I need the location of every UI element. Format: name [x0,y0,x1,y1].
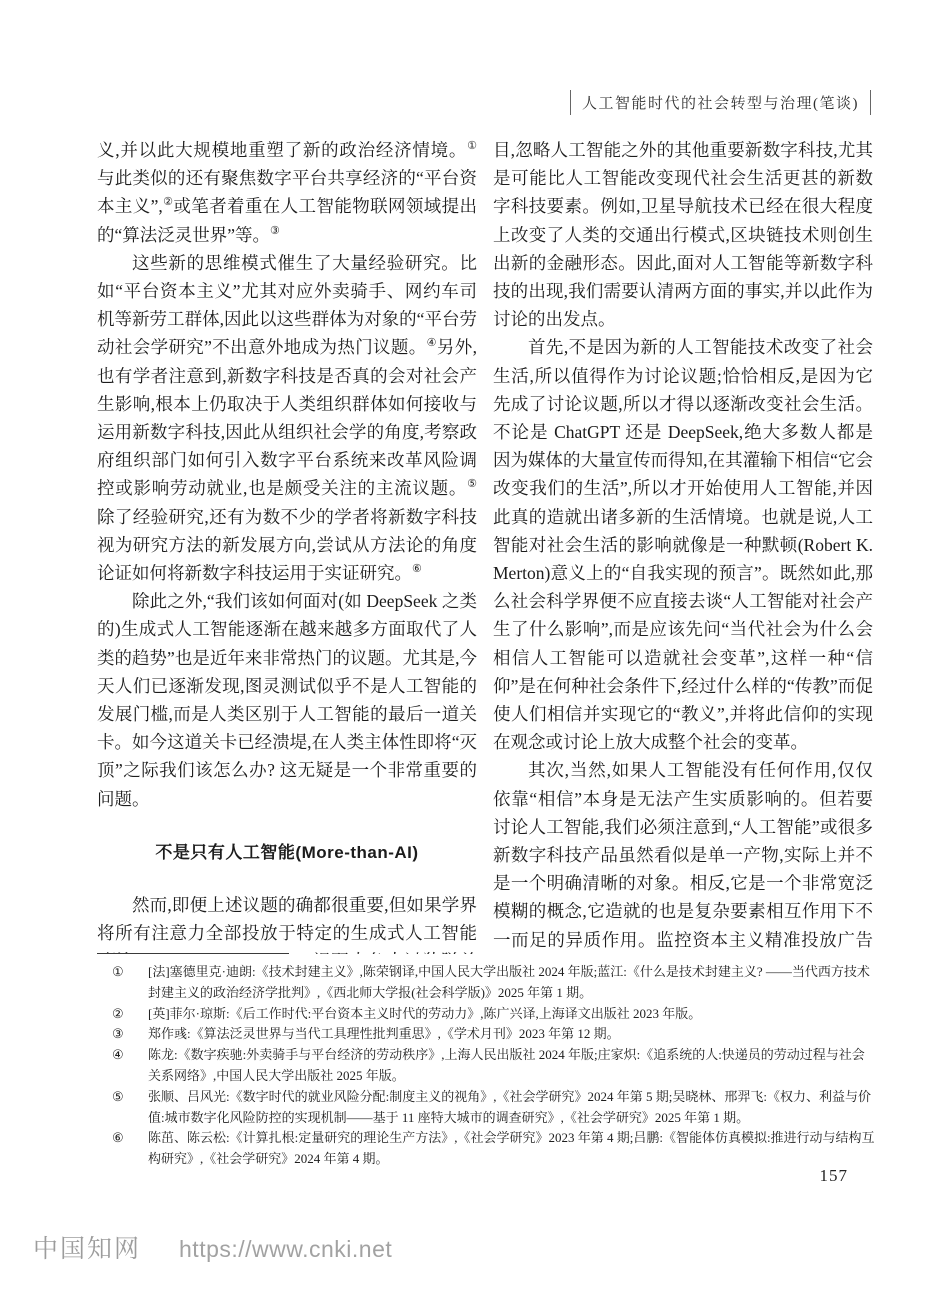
footnote-number: ④ [112,1045,124,1066]
footnotes-block: ①[法]塞德里克·迪朗:《技术封建主义》,陈荣钢译,中国人民大学出版社 2024… [97,962,875,1170]
footnote-number: ② [112,1004,124,1025]
body-paragraph: 然而,即便上述议题的确都很重要,但如果学界将所有注意力全部投放于特定的生成式人工… [97,891,477,954]
footnote-item: ②[英]菲尔·琼斯:《后工作时代:平台资本主义时代的劳动力》,陈广兴译,上海译文… [97,1004,875,1025]
footnote-item: ⑤张顺、吕风光:《数字时代的就业风险分配:制度主义的视角》,《社会学研究》202… [97,1087,875,1129]
body-paragraph: 义,并以此大规模地重塑了新的政治经济情境。①与此类似的还有聚焦数字平台共享经济的… [97,136,477,249]
footnote-ref: ③ [270,225,280,237]
footnote-ref: ② [163,197,174,209]
running-title: 人工智能时代的社会转型与治理(笔谈) [582,92,859,113]
article-body: 义,并以此大规模地重塑了新的政治经济情境。①与此类似的还有聚焦数字平台共享经济的… [97,136,873,954]
footnote-ref: ⑤ [467,479,477,491]
cnki-watermark: 中国知网 https://www.cnki.net [33,1229,392,1265]
footnote-number: ⑤ [112,1087,124,1108]
footnote-number: ⑥ [112,1128,124,1149]
body-paragraph: 其次,当然,如果人工智能没有任何作用,仅仅依靠“相信”本身是无法产生实质影响的。… [493,756,873,954]
footnote-text: 张顺、吕风光:《数字时代的就业风险分配:制度主义的视角》,《社会学研究》2024… [148,1089,871,1125]
left-column: 义,并以此大规模地重塑了新的政治经济情境。①与此类似的还有聚焦数字平台共享经济的… [97,136,477,954]
footnote-text: 陈龙:《数字疾驰:外卖骑手与平台经济的劳动秩序》,上海人民出版社 2024 年版… [148,1047,865,1083]
body-paragraph: 首先,不是因为新的人工智能技术改变了社会生活,所以值得作为讨论议题;恰恰相反,是… [493,333,873,756]
body-paragraph: 这些新的思维模式催生了大量经验研究。比如“平台资本主义”尤其对应外卖骑手、网约车… [97,249,477,587]
footnote-text: [法]塞德里克·迪朗:《技术封建主义》,陈荣钢译,中国人民大学出版社 2024 … [148,964,870,1000]
footnote-item: ⑥陈茁、陈云松:《计算扎根:定量研究的理论生产方法》,《社会学研究》2023 年… [97,1128,875,1170]
footnote-separator [97,953,289,954]
body-paragraph: 目,忽略人工智能之外的其他重要新数字科技,尤其是可能比人工智能改变现代社会生活更… [493,136,873,333]
footnote-ref: ① [467,140,477,152]
page-number: 157 [820,1166,849,1186]
footnote-ref: ⑥ [412,563,422,575]
right-column: 目,忽略人工智能之外的其他重要新数字科技,尤其是可能比人工智能改变现代社会生活更… [493,136,873,954]
cnki-url: https://www.cnki.net [179,1236,392,1263]
footnote-item: ①[法]塞德里克·迪朗:《技术封建主义》,陈荣钢译,中国人民大学出版社 2024… [97,962,875,1004]
footnote-item: ③郑作彧:《算法泛灵世界与当代工具理性批判重思》,《学术月刊》2023 年第 1… [97,1024,875,1045]
footnote-ref: ④ [427,338,437,350]
footnote-text: 郑作彧:《算法泛灵世界与当代工具理性批判重思》,《学术月刊》2023 年第 12… [148,1026,620,1041]
body-paragraph: 除此之外,“我们该如何面对(如 DeepSeek 之类的)生成式人工智能逐渐在越… [97,587,477,813]
footnote-text: 陈茁、陈云松:《计算扎根:定量研究的理论生产方法》,《社会学研究》2023 年第… [148,1130,875,1166]
footnote-number: ① [112,962,124,983]
header-right-bar [870,90,871,115]
cnki-logo-text: 中国知网 [33,1229,141,1265]
header-left-bar [570,90,571,115]
section-heading: 不是只有人工智能(More-than-AI) [97,839,477,867]
footnote-item: ④陈龙:《数字疾驰:外卖骑手与平台经济的劳动秩序》,上海人民出版社 2024 年… [97,1045,875,1087]
running-header: 人工智能时代的社会转型与治理(笔谈) [570,90,871,115]
footnote-text: [英]菲尔·琼斯:《后工作时代:平台资本主义时代的劳动力》,陈广兴译,上海译文出… [148,1006,701,1021]
footnote-number: ③ [112,1024,124,1045]
